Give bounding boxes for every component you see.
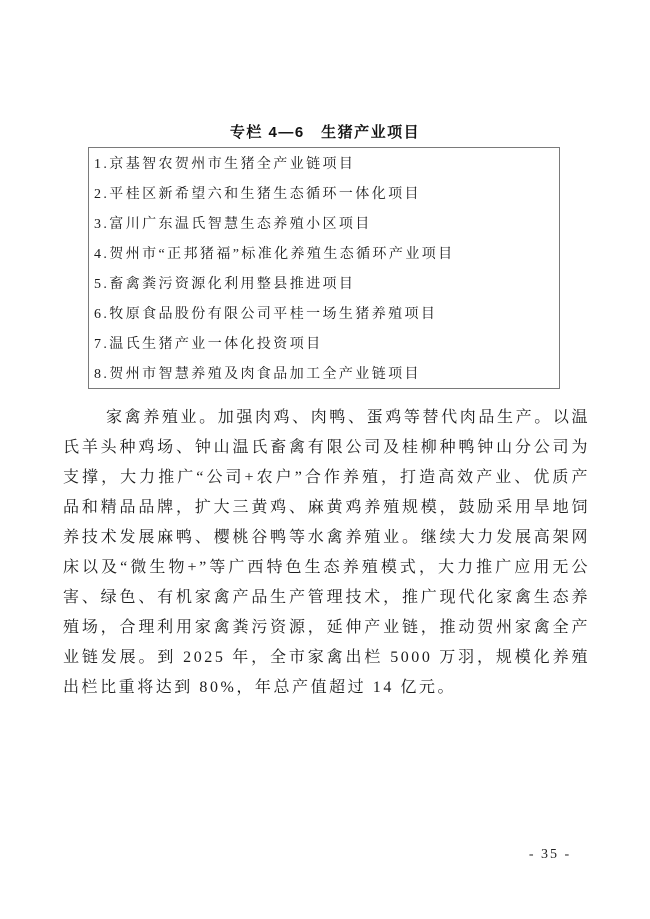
list-item: 8.贺州市智慧养殖及肉食品加工全产业链项目 (89, 358, 559, 388)
list-item: 7.温氏生猪产业一体化投资项目 (89, 328, 559, 358)
body-paragraph: 家禽养殖业。加强肉鸡、肉鸭、蛋鸡等替代肉品生产。以温氏羊头种鸡场、钟山温氏畜禽有… (63, 403, 590, 703)
list-item: 5.畜禽粪污资源化利用整县推进项目 (89, 268, 559, 298)
project-list-box: 1.京基智农贺州市生猪全产业链项目 2.平桂区新希望六和生猪生态循环一体化项目 … (88, 147, 560, 389)
list-item: 1.京基智农贺州市生猪全产业链项目 (89, 148, 559, 178)
panel-title: 专栏 4—6 生猪产业项目 (0, 123, 650, 143)
page-number: - 35 - (520, 847, 580, 863)
list-item: 3.富川广东温氏智慧生态养殖小区项目 (89, 208, 559, 238)
document-page: { "document": { "panel": { "title": "专栏 … (0, 0, 650, 919)
list-item: 6.牧原食品股份有限公司平桂一场生猪养殖项目 (89, 298, 559, 328)
list-item: 4.贺州市“正邦猪福”标准化养殖生态循环产业项目 (89, 238, 559, 268)
list-item: 2.平桂区新希望六和生猪生态循环一体化项目 (89, 178, 559, 208)
